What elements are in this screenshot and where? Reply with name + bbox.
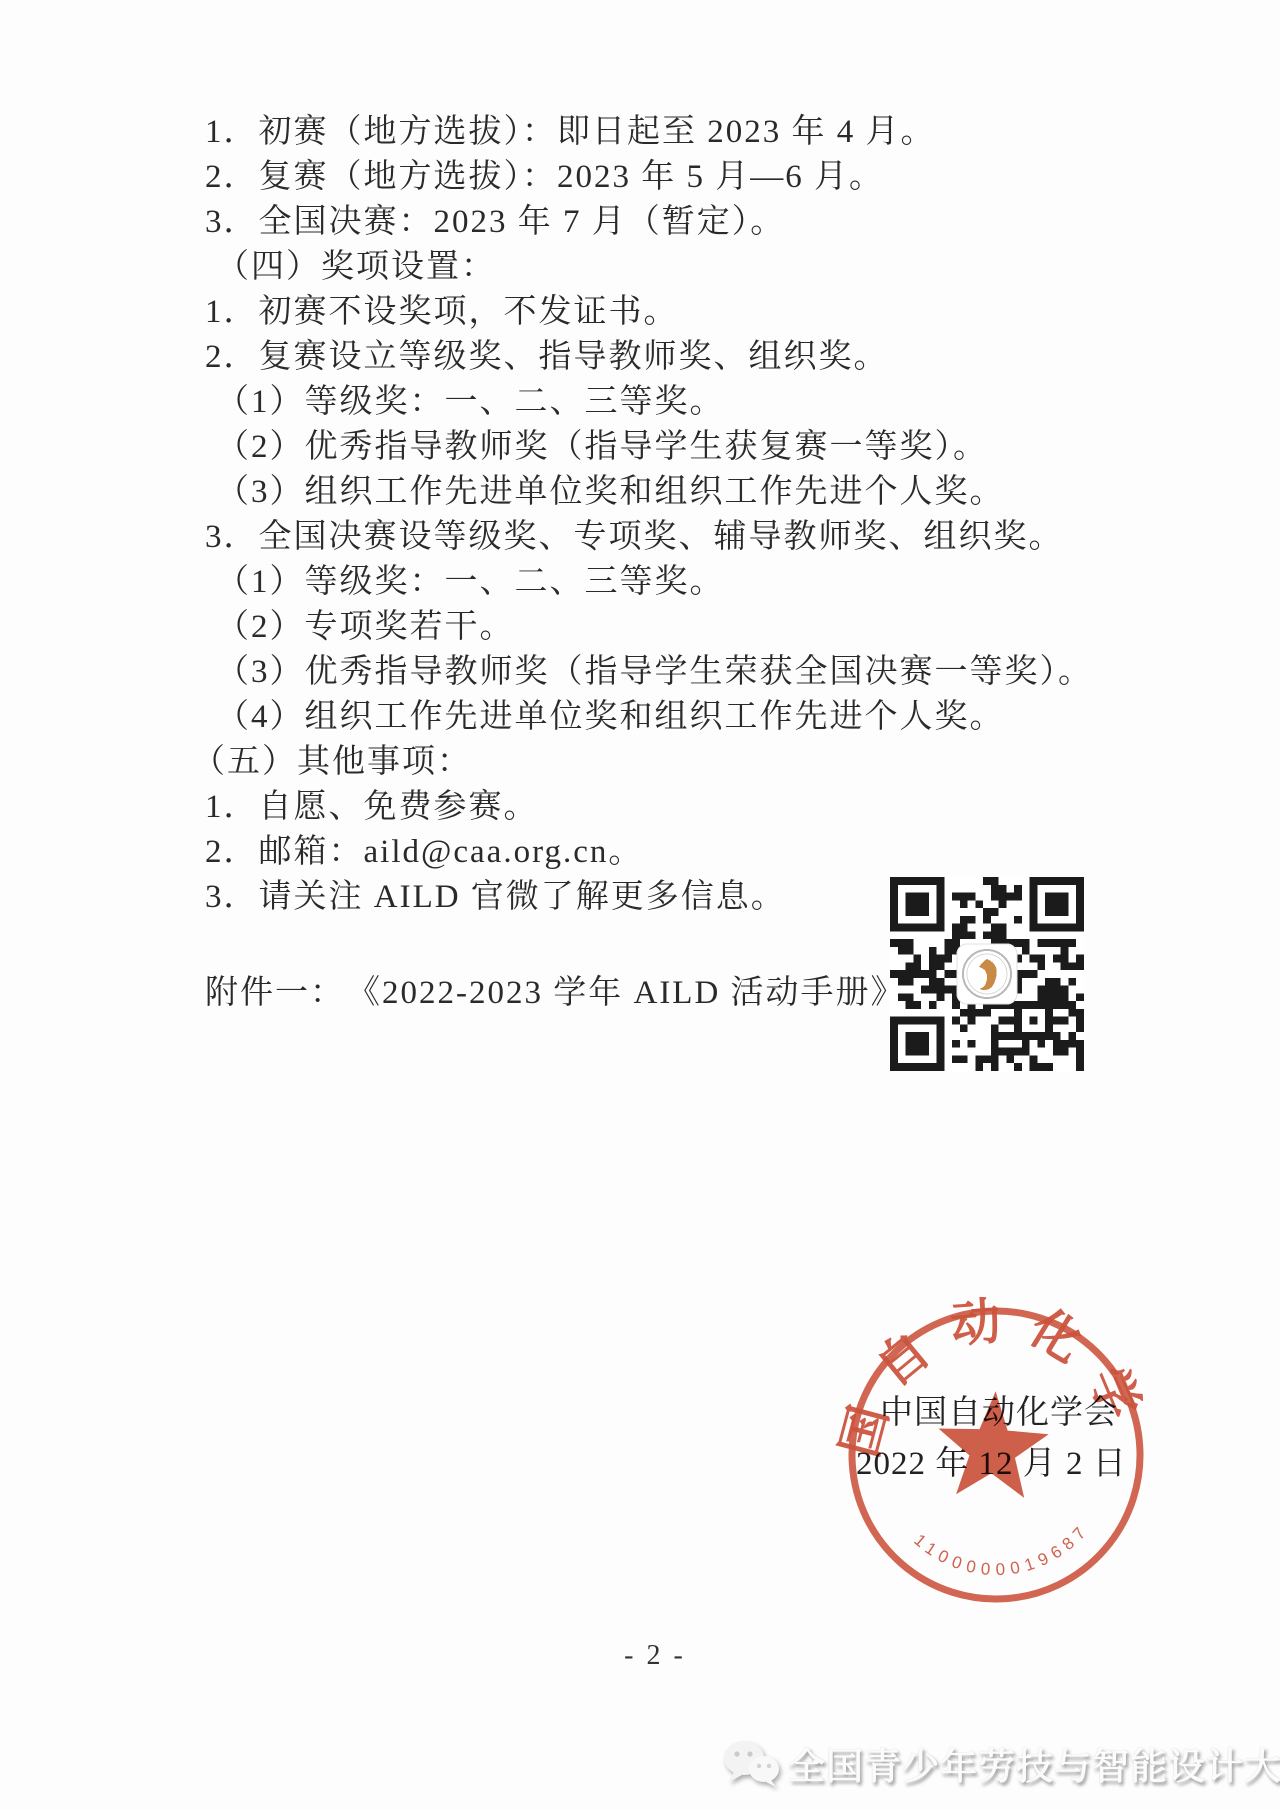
seal-star <box>935 1388 1051 1499</box>
body-line: 3．请关注 AILD 官微了解更多信息。 <box>0 875 1280 920</box>
svg-text:1100000019687: 1100000019687 <box>909 1518 1096 1585</box>
body-line: （四）奖项设置： <box>0 245 1280 290</box>
qr-code <box>890 877 1084 1071</box>
body-line: 1．初赛（地方选拔）：即日起至 2023 年 4 月。 <box>0 110 1280 155</box>
body-line: 1．初赛不设奖项，不发证书。 <box>0 290 1280 335</box>
body-line: （1）等级奖：一、二、三等奖。 <box>0 380 1280 425</box>
body-line: （2）专项奖若干。 <box>0 605 1280 650</box>
attachment-line: 附件一： 《2022-2023 学年 AILD 活动手册》 <box>205 966 906 1013</box>
body-text: 1．初赛（地方选拔）：即日起至 2023 年 4 月。2．复赛（地方选拔）：20… <box>0 110 1280 920</box>
body-line: 1．自愿、免费参赛。 <box>0 785 1280 830</box>
body-line: 3．全国决赛：2023 年 7 月（暂定）。 <box>0 200 1280 245</box>
qr-center-logo <box>957 944 1017 1004</box>
body-line: （3）优秀指导教师奖（指导学生荣获全国决赛一等奖）。 <box>0 650 1280 695</box>
seal-code: 1100000019687 <box>909 1518 1096 1585</box>
body-line: （3）组织工作先进单位奖和组织工作先进个人奖。 <box>0 470 1280 515</box>
official-seal: 中国自动化学会 1100000019687 <box>832 1287 1159 1624</box>
page-number: - 2 - <box>610 1640 700 1672</box>
body-line: （1）等级奖：一、二、三等奖。 <box>0 560 1280 605</box>
document-page: 1．初赛（地方选拔）：即日起至 2023 年 4 月。2．复赛（地方选拔）：20… <box>0 0 1280 1810</box>
body-line: 2．复赛（地方选拔）：2023 年 5 月—6 月。 <box>0 155 1280 200</box>
body-line: （4）组织工作先进单位奖和组织工作先进个人奖。 <box>0 695 1280 740</box>
body-line: （五）其他事项： <box>0 740 1280 785</box>
body-line: 2．复赛设立等级奖、指导教师奖、组织奖。 <box>0 335 1280 380</box>
watermark-text: 全国青少年劳技与智能设计大赛 <box>788 1736 1280 1790</box>
body-line: （2）优秀指导教师奖（指导学生获复赛一等奖）。 <box>0 425 1280 470</box>
footer-watermark: 全国青少年劳技与智能设计大赛 <box>722 1736 1280 1790</box>
wechat-icon <box>722 1739 780 1787</box>
body-line: 3．全国决赛设等级奖、专项奖、辅导教师奖、组织奖。 <box>0 515 1280 560</box>
body-line: 2．邮箱：aild@caa.org.cn。 <box>0 830 1280 875</box>
